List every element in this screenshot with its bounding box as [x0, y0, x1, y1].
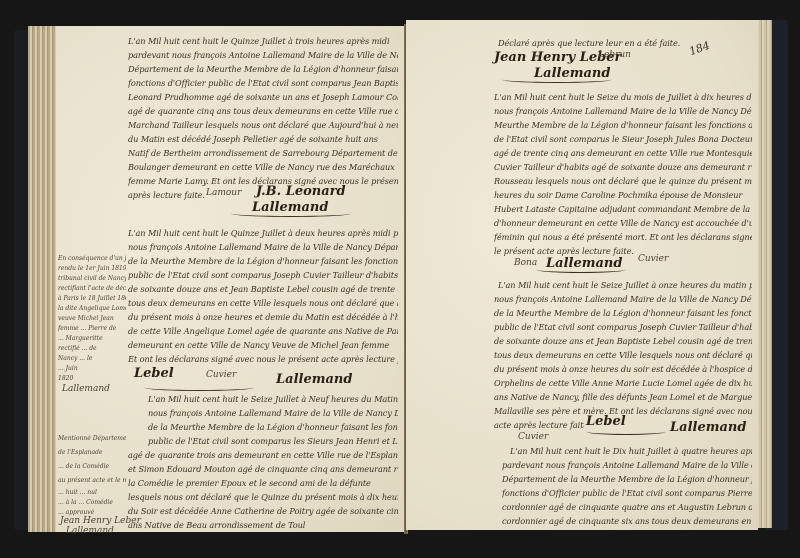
margin-line: En conséquence d'un jugement [58, 254, 126, 264]
signature-flourish [586, 428, 666, 435]
text-line: de soixante douze ans et Jean Baptiste L… [494, 334, 752, 349]
text-line: L'an Mil huit cent huit le Seize Juillet… [148, 392, 398, 407]
margin-line: à Paris le 18 Juillet 1808 de [58, 294, 126, 304]
text-line: demeurant en cette Ville de Nancy Veuve … [128, 338, 398, 353]
text-line: L'an Mil huit cent huit le Quinze Juille… [128, 34, 398, 49]
text-line: tous deux demeurans en cette Ville lesqu… [494, 348, 752, 363]
text-line: tous deux demeurans en cette Ville lesqu… [128, 296, 398, 311]
registry-book: L'an Mil huit cent huit le Quinze Juille… [14, 18, 788, 544]
text-line: et Simon Edouard Mouton agé de cinquante… [128, 462, 398, 477]
margin-line: rectifiant l'acte de décès [58, 284, 126, 294]
signature: Lebel [134, 366, 174, 381]
text-line: public de l'Etat civil sont comparus les… [148, 434, 398, 449]
text-line: Marchand Tailleur lesquels nous ont décl… [128, 118, 398, 133]
text-line: public de l'Etat civil sont comparus Jos… [494, 320, 752, 335]
margin-line: rendu le 1er Juin 1819 par le [58, 264, 126, 274]
margin-line: au présent acte et le mot [58, 476, 126, 486]
text-line: Boulanger demeurant en cette Ville de Na… [128, 160, 398, 175]
text-line: d'honneur demeurant en cette Ville de Na… [494, 216, 752, 231]
signature: Cuvier [518, 432, 548, 442]
margin-line: rectifié ... de [58, 344, 126, 354]
text-line: ans Native de Beau arrondissement de Tou… [128, 518, 398, 533]
text-line: L'an Mil huit cent huit le Seize Juillet… [498, 278, 752, 293]
text-line: Département de la Meurthe Membre de la L… [502, 472, 752, 487]
text-line: du Soir est décédée Anne Catherine de Po… [128, 504, 398, 519]
text-line: de la Meurthe Membre de la Légion d'honn… [494, 306, 752, 321]
margin-line: Mentionné Département [58, 434, 126, 444]
signature: Lebrun [598, 50, 631, 60]
signature-flourish [144, 384, 254, 391]
margin-line: ... huit ... nul [58, 488, 126, 498]
text-line: après lecture faite. [128, 188, 218, 203]
signature: Lallemand [62, 384, 110, 394]
margin-line: la dite Angelique Lomel [58, 304, 126, 314]
text-line: agé de quarante trois ans demeurant en c… [128, 448, 398, 463]
margin-line: ... Juin [58, 364, 126, 374]
margin-line: femme ... Pierre de [58, 324, 126, 334]
text-line: pardevant nous françois Antoine Lalleman… [502, 458, 752, 473]
signature: Lallemand [670, 420, 746, 435]
text-line: Cuvier Tailleur d'habits agé de soixante… [494, 160, 752, 175]
signature: J.B. Leonard [256, 184, 346, 199]
text-line: du présent mois à onze heures du soir es… [494, 362, 752, 377]
text-line: pardevant nous françois Antoine Lalleman… [128, 48, 398, 63]
left-page: L'an Mil huit cent huit le Quinze Juille… [56, 26, 406, 532]
text-line: L'an Mil huit cent huit le Dix huit Juil… [510, 444, 752, 459]
margin-line: tribunal civil de Nancy [58, 274, 126, 284]
text-line: du Matin est décédé Joseph Pelletier agé… [128, 132, 398, 147]
text-line: fonctions d'Officier public de l'Etat ci… [128, 76, 398, 91]
text-line: fonctions d'Officier public de l'Etat ci… [502, 486, 752, 501]
margin-line: veuve Michel Jean [58, 314, 126, 324]
margin-line: de l'Esplanade [58, 448, 126, 458]
text-line: de la Meurthe Membre de la Légion d'honn… [148, 420, 398, 435]
signature: Cuvier [206, 370, 236, 380]
text-line: nous françois Antoine Lallemand Maire de… [494, 292, 752, 307]
text-line: L'an Mil huit cent huit le Quinze Juille… [128, 226, 398, 241]
text-line: public de l'Etat civil sont comparus Jos… [128, 268, 398, 283]
text-line: de la Meurthe Membre de la Légion d'honn… [128, 254, 398, 269]
text-line: du présent mois à onze heures et demie d… [128, 310, 398, 325]
text-line: Déclaré après que lecture leur en a été … [498, 36, 698, 51]
margin-line: Nancy ... le [58, 354, 126, 364]
text-line: Orphelins de cette Ville Anne Marie Luci… [494, 376, 752, 391]
text-line: ans Native de Nancy, fille des défunts J… [494, 390, 752, 405]
text-line: nous françois Antoine Lallemand Maire de… [494, 104, 752, 119]
margin-line: ... à la ... Comédie [58, 498, 126, 508]
margin-line: 1820 [58, 374, 126, 384]
margin-line: ... Margueritte [58, 334, 126, 344]
text-line: cordonnier agé de cinquante six ans tous… [502, 514, 752, 529]
text-line: de cette Ville Angelique Lomel agée de q… [128, 324, 398, 339]
text-line: Meurthe Membre de la Légion d'honneur fa… [494, 118, 752, 133]
signature-flourish [231, 210, 351, 217]
text-line: de l'Etat civil sont comparus le Sieur J… [494, 132, 752, 147]
text-line: heures du soir Dame Caroline Pochmika ép… [494, 188, 752, 203]
text-line: nous françois Antoine Lallemand Maire de… [128, 240, 398, 255]
text-line: acte après lecture faite. [494, 418, 584, 433]
text-line: Natif de Bertheim arrondissement de Sarr… [128, 146, 398, 161]
signature: Cuvier [638, 254, 668, 264]
text-line: féminin qui nous a été présenté mort. Et… [494, 230, 752, 245]
signature-flourish [536, 266, 626, 273]
text-line: L'an Mil huit cent huit le Seize du mois… [494, 90, 752, 105]
text-line: lesquels nous ont déclaré que le Quinze … [128, 490, 398, 505]
margin-line: ... de la Comédie [58, 462, 126, 472]
text-line: Hubert Lataste Capitaine adjudant comman… [494, 202, 752, 217]
text-line: Département de la Meurthe Membre de la L… [128, 62, 398, 77]
signature: Lallemand [66, 526, 114, 536]
text-line: Rousseau lesquels nous ont déclaré que l… [494, 174, 752, 189]
signature: Bona [514, 258, 537, 268]
signature-flourish [502, 76, 612, 83]
text-line: agé de trente cinq ans demeurant en cett… [494, 146, 752, 161]
signature: Lebel [586, 414, 626, 429]
signature: Lallemand [276, 372, 352, 387]
text-line: Leonard Prudhomme agé de soixante un ans… [128, 90, 398, 105]
text-line: la Comédie le premier Epoux et le second… [128, 476, 398, 491]
text-line: Et ont les déclarans signé avec nous le … [128, 352, 398, 367]
signature: Lamour [206, 188, 241, 198]
text-line: nous françois Antoine Lallemand Maire de… [148, 406, 398, 421]
signature: Jean Henry Leber [60, 516, 141, 526]
text-line: agé de quarante cinq ans tous deux demeu… [128, 104, 398, 119]
right-page: 184 Déclaré après que lecture leur en a … [406, 20, 758, 530]
text-line: de soixante douze ans et Jean Baptiste L… [128, 282, 398, 297]
text-line: cordonnier agé de cinquante quatre ans e… [502, 500, 752, 515]
